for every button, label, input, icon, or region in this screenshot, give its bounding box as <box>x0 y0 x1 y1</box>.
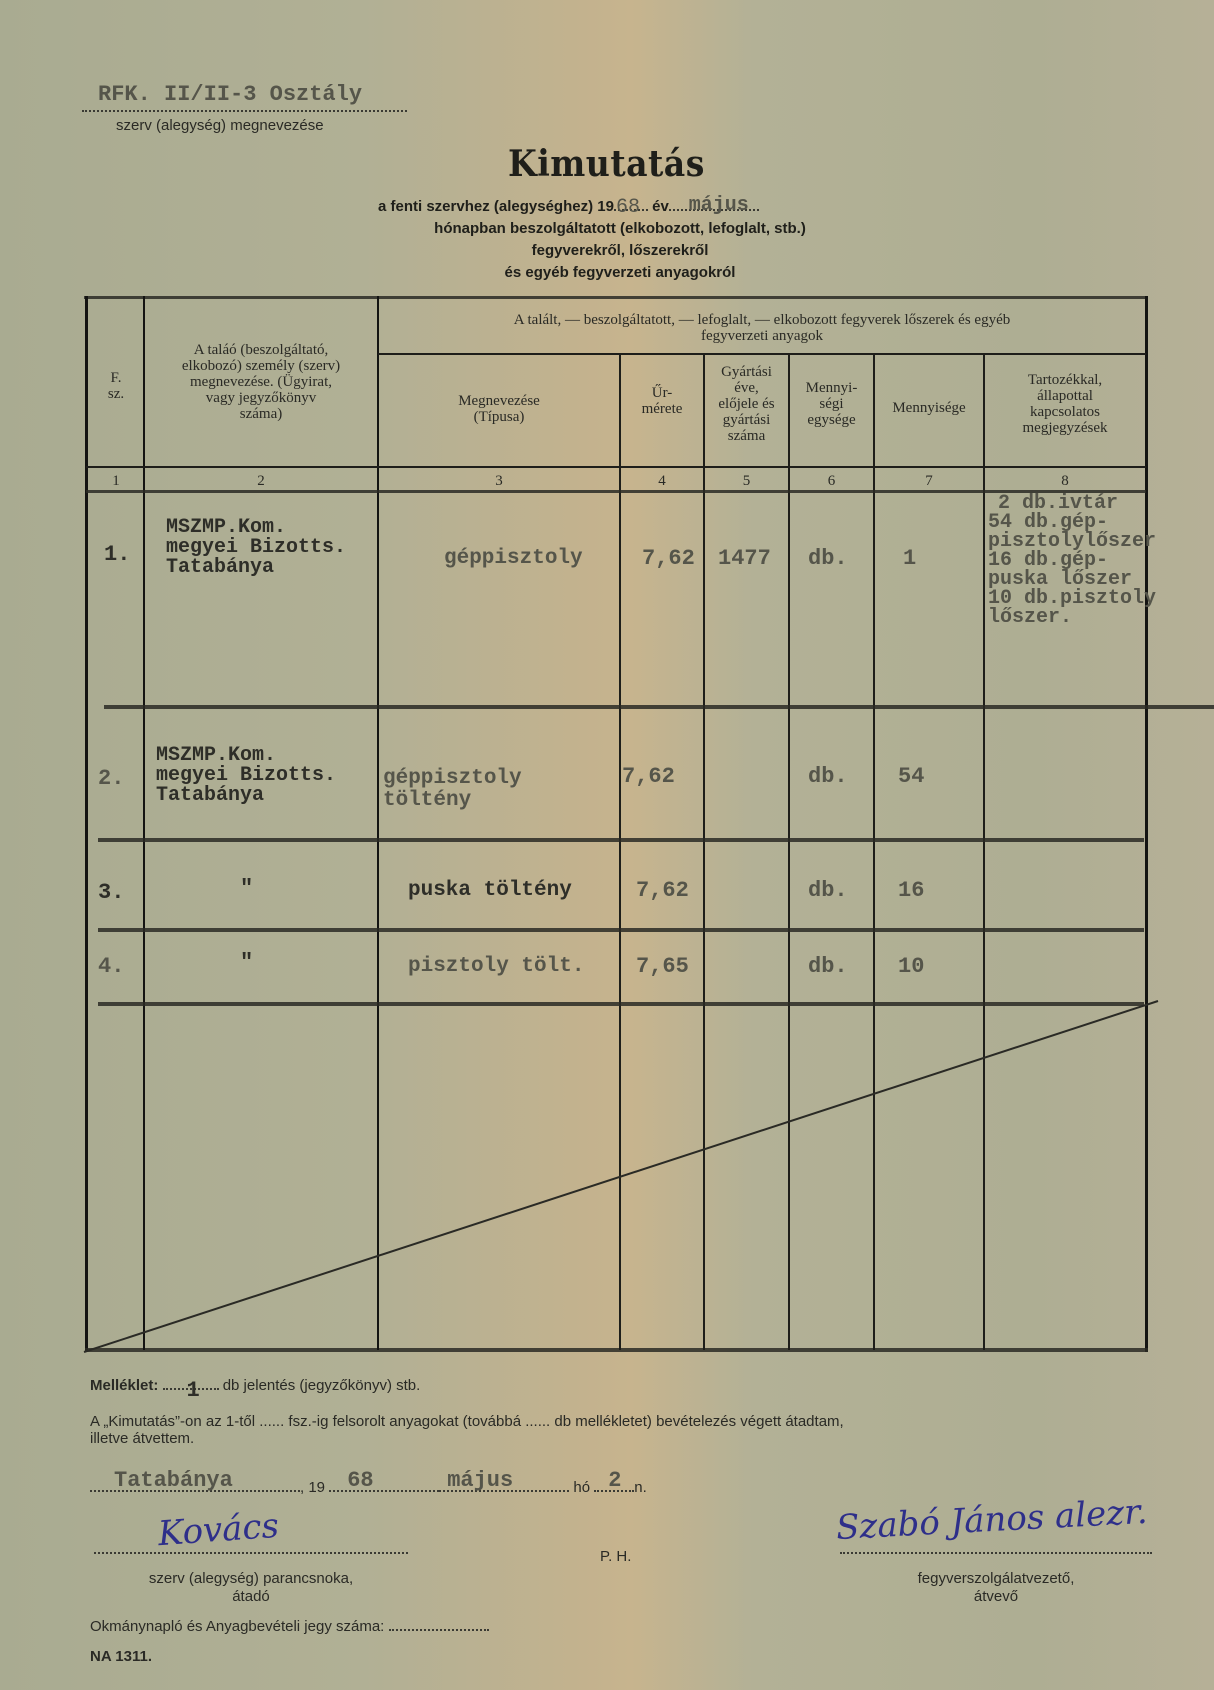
col-header-2: A taláó (beszolgáltató,elkobozó) személy… <box>146 342 376 422</box>
handover-statement: A „Kimutatás”-on az 1-től ...... fsz.-ig… <box>90 1413 1160 1447</box>
row-quantity: 1 <box>903 548 916 570</box>
row-quantity: 16 <box>898 880 924 902</box>
row-notes: 2 db.ivtár 54 db.gép- pisztolylőszer 16 … <box>988 494 1156 627</box>
col-number-2: 2 <box>146 473 376 489</box>
row-quantity: 54 <box>898 766 924 788</box>
form-code: NA 1311. <box>90 1648 152 1665</box>
row-type: puska töltény <box>408 880 572 902</box>
left-signature: Kovács <box>157 1506 280 1554</box>
col-number-6: 6 <box>790 473 873 489</box>
row-caliber: 7,62 <box>622 766 675 788</box>
row-source: " <box>240 952 253 974</box>
row-type: géppisztoly <box>444 548 583 570</box>
row-number: 3. <box>98 882 124 904</box>
row-source: MSZMP.Kom.megyei Bizotts.Tatabánya <box>156 746 336 806</box>
col-header-4: Űr-mérete <box>621 385 703 417</box>
col-number-7: 7 <box>875 473 983 489</box>
stamp-placeholder: P. H. <box>600 1548 631 1565</box>
row-unit: db. <box>808 956 848 978</box>
col-number-1: 1 <box>88 473 144 489</box>
right-role: fegyverszolgálatvezető,átvevő <box>840 1570 1152 1606</box>
group-header: A talált, — beszolgáltatott, — lefoglalt… <box>380 312 1144 344</box>
row-unit: db. <box>808 766 848 788</box>
registry-number-line: Okmánynapló és Anyagbevételi jegy száma: <box>90 1618 489 1635</box>
row-unit: db. <box>808 548 848 570</box>
col-header-8: Tartozékkal,állapottalkapcsolatosmegjegy… <box>985 372 1145 436</box>
place-value: Tatabánya <box>114 1468 233 1493</box>
row-type: pisztoly tölt. <box>408 956 584 978</box>
row-unit: db. <box>808 880 848 902</box>
col-header-7: Mennyisége <box>875 400 983 416</box>
place-date-line: Tatabánya , 19 68 május hó 2 n. <box>90 1474 647 1496</box>
col-number-4: 4 <box>621 473 703 489</box>
row-type: géppisztolytöltény <box>383 768 522 812</box>
row-serial: 1477 <box>718 548 771 570</box>
row-number: 1. <box>104 544 130 566</box>
col-number-3: 3 <box>380 473 618 489</box>
col-header-3: Megnevezése(Típusa) <box>380 393 618 425</box>
row-caliber: 7,62 <box>636 880 689 902</box>
row-source: " <box>240 878 253 900</box>
right-signature-line <box>840 1552 1152 1554</box>
row-source: MSZMP.Kom.megyei Bizotts.Tatabánya <box>166 518 346 578</box>
col-number-8: 8 <box>985 473 1145 489</box>
left-signature-line <box>94 1552 408 1554</box>
date-day: 2 <box>608 1468 621 1493</box>
col-header-5: Gyártásiéve,előjele ésgyártásiszáma <box>705 364 788 444</box>
col-number-5: 5 <box>705 473 788 489</box>
row-caliber: 7,65 <box>636 956 689 978</box>
col-header-6: Mennyi-ségiegysége <box>790 380 873 428</box>
attachment-count: 1 <box>187 1378 200 1403</box>
row-number: 4. <box>98 956 124 978</box>
left-role: szerv (alegység) parancsnoka,átadó <box>94 1570 408 1606</box>
col-header-1: F.sz. <box>88 370 144 402</box>
date-year: 68 <box>347 1468 373 1493</box>
row-caliber: 7,62 <box>642 548 695 570</box>
row-quantity: 10 <box>898 956 924 978</box>
attachment-line: Melléklet: 1 db jelentés (jegyzőkönyv) s… <box>90 1377 420 1394</box>
row-number: 2. <box>98 768 124 790</box>
date-month: május <box>447 1468 513 1493</box>
